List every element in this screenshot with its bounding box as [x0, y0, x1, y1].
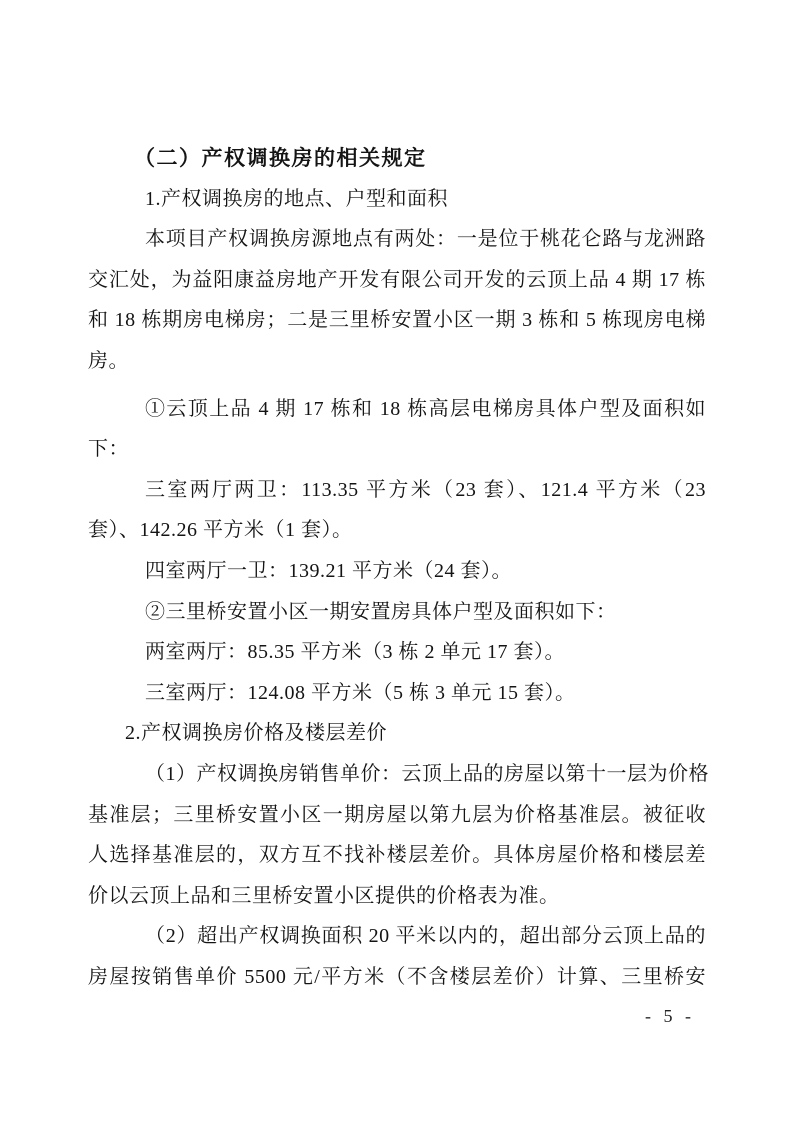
location-paragraph-line: 交汇处，为益阳康益房地产开发有限公司开发的云顶上品 4 期 17 栋 [88, 260, 706, 301]
yunding-intro-line: ①云顶上品 4 期 17 栋和 18 栋高层电梯房具体户型及面积如 [88, 389, 706, 430]
sanliqiao-intro-line: ②三里桥安置小区一期安置房具体户型及面积如下： [88, 592, 706, 633]
price-paragraph-line: 人选择基准层的，双方互不找补楼层差价。具体房屋价格和楼层差 [88, 835, 706, 876]
price-paragraph-line: 基准层；三里桥安置小区一期房屋以第九层为价格基准层。被征收 [88, 795, 706, 836]
yunding-intro-line: 下： [88, 429, 706, 470]
document-page: （二）产权调换房的相关规定 1.产权调换房的地点、户型和面积 本项目产权调换房源… [0, 0, 793, 1122]
sanliqiao-type-line: 三室两厅：124.08 平方米（5 栋 3 单元 15 套）。 [88, 673, 706, 714]
page-number: - 5 - [645, 1006, 695, 1027]
section-2-heading: （二）产权调换房的相关规定 [88, 138, 706, 179]
location-paragraph-line: 房。 [88, 341, 706, 382]
yunding-type-line: 三室两厅两卫：113.35 平方米（23 套）、121.4 平方米（23 [88, 470, 706, 511]
price-paragraph-line: 价以云顶上品和三里桥安置小区提供的价格表为准。 [88, 876, 706, 917]
sanliqiao-type-line: 两室两厅：85.35 平方米（3 栋 2 单元 17 套）。 [88, 632, 706, 673]
subsection-2-heading: 2.产权调换房价格及楼层差价 [88, 713, 706, 754]
price-paragraph-line: （1）产权调换房销售单价：云顶上品的房屋以第十一层为价格 [88, 754, 706, 795]
subsection-1-heading: 1.产权调换房的地点、户型和面积 [88, 179, 706, 220]
location-paragraph-line: 和 18 栋期房电梯房；二是三里桥安置小区一期 3 栋和 5 栋现房电梯 [88, 300, 706, 341]
excess-area-paragraph-line: 房屋按销售单价 5500 元/平方米（不含楼层差价）计算、三里桥安 [88, 957, 706, 998]
document-body: （二）产权调换房的相关规定 1.产权调换房的地点、户型和面积 本项目产权调换房源… [88, 138, 706, 997]
yunding-type-line: 套）、142.26 平方米（1 套）。 [88, 510, 706, 551]
location-paragraph-line: 本项目产权调换房源地点有两处：一是位于桃花仑路与龙洲路 [88, 219, 706, 260]
yunding-type-line: 四室两厅一卫：139.21 平方米（24 套）。 [88, 551, 706, 592]
excess-area-paragraph-line: （2）超出产权调换面积 20 平米以内的，超出部分云顶上品的 [88, 916, 706, 957]
